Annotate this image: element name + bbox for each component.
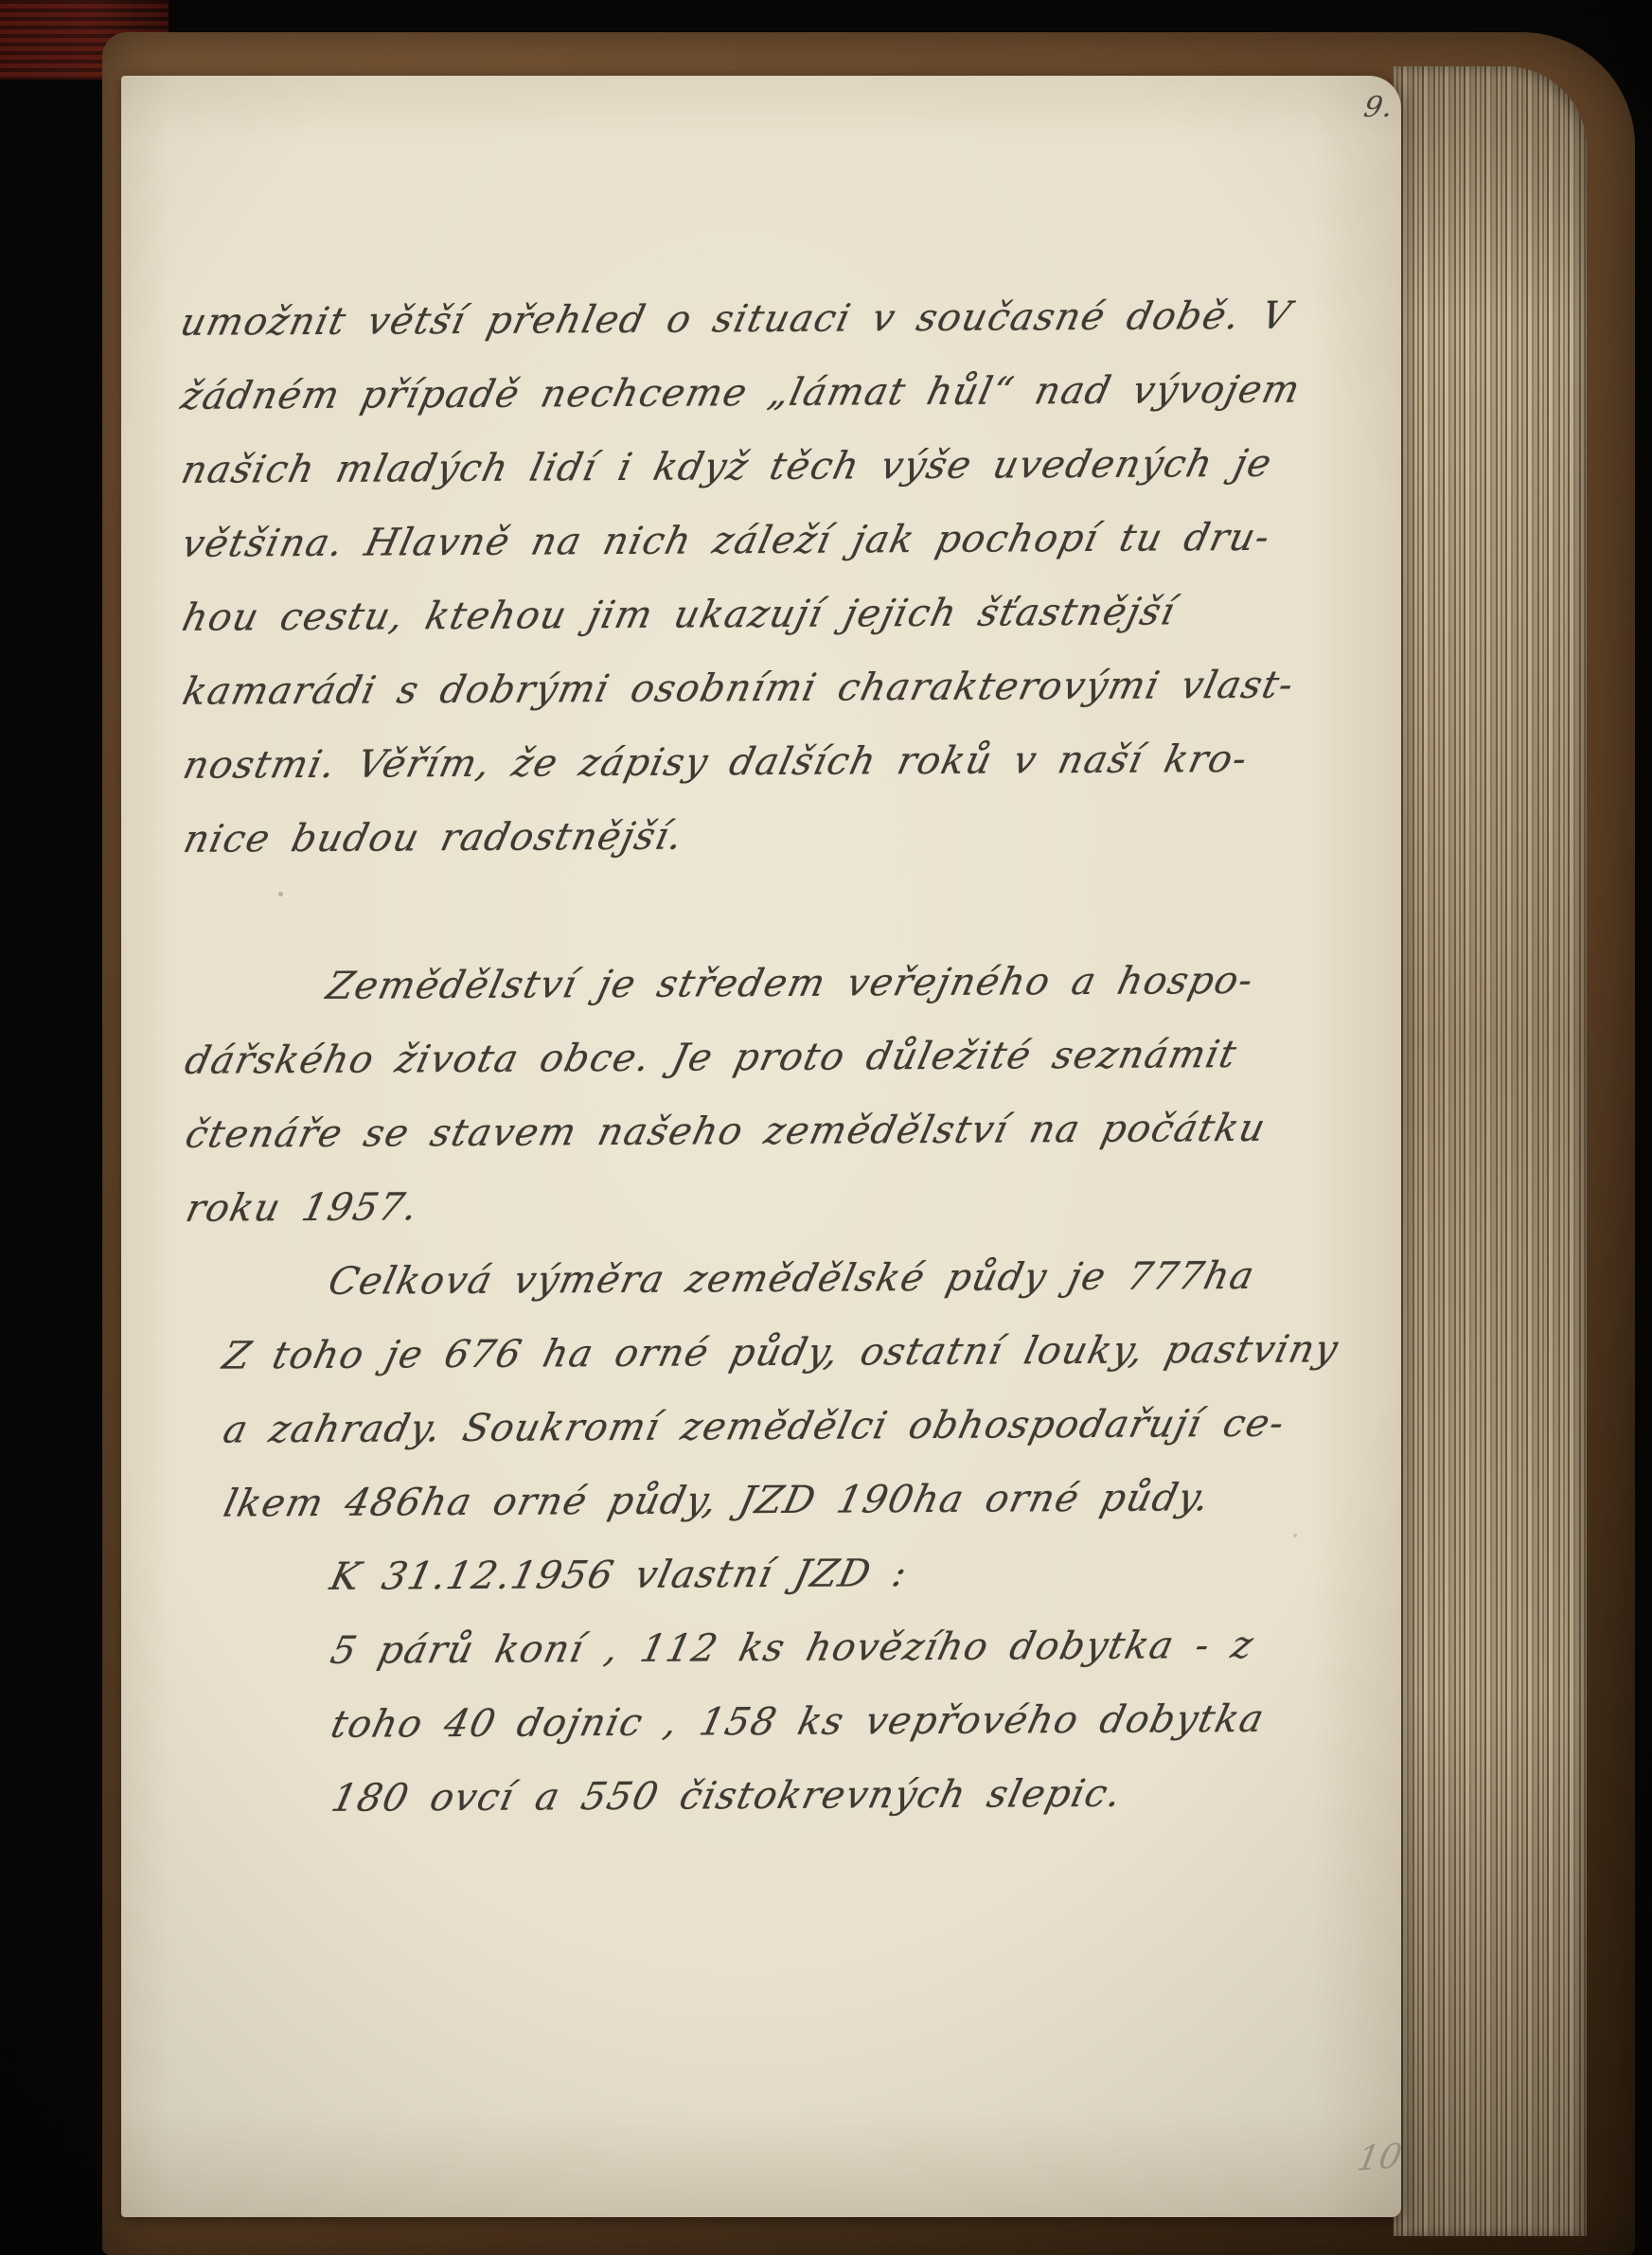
paragraph-1: umožnit větší přehled o situaci v součas…	[175, 278, 1372, 877]
text-line: Z toho je 676 ha orné půdy, ostatní louk…	[215, 1312, 1389, 1394]
text-line: roku 1957.	[179, 1164, 1389, 1246]
dust-speck	[1293, 1534, 1297, 1537]
text-line: Celková výměra zemědělské půdy je 777ha	[321, 1238, 1389, 1319]
text-line: nice budou radostnější.	[176, 795, 1386, 877]
text-line: Zemědělství je středem veřejného a hospo…	[319, 943, 1387, 1023]
paragraph-3: Celková výměra zemědělské půdy je 777ha …	[181, 1238, 1377, 1837]
text-line: kamarádi s dobrými osobními charakterový…	[175, 648, 1385, 729]
text-line: nostmi. Věřím, že zápisy dalších roků v …	[176, 721, 1386, 803]
page-number: 9.	[1361, 91, 1396, 124]
text-line: většina. Hlavně na nich záleží jak pocho…	[174, 500, 1384, 581]
page-fore-edge-stack	[1394, 66, 1587, 2236]
text-line: dářského života obce. Je proto důležité …	[178, 1017, 1388, 1098]
text-line: toho 40 dojnic , 158 ks vepřového dobytk…	[324, 1681, 1392, 1762]
handwritten-text: umožnit větší přehled o situaci v součas…	[175, 278, 1377, 1837]
text-line: umožnit větší přehled o situaci v součas…	[173, 278, 1383, 360]
text-line: 180 ovcí a 550 čistokrevných slepic.	[324, 1755, 1392, 1836]
dust-speck	[278, 892, 283, 897]
text-line: a zahrady. Soukromí zemědělci obhospodař…	[216, 1386, 1390, 1467]
corner-page-mark: 10	[1354, 2137, 1405, 2178]
text-line: čtenáře se stavem našeho zemědělství na …	[178, 1091, 1388, 1172]
paragraph-2: Zemědělství je středem veřejného a hospo…	[179, 943, 1374, 1246]
text-line: lkem 486ha orné půdy, JZD 190ha orné půd…	[216, 1460, 1390, 1541]
text-line: našich mladých lidí i když těch výše uve…	[174, 426, 1384, 507]
text-line: žádném případě nechceme „lámat hůl“ nad …	[173, 352, 1383, 434]
text-line: 5 párů koní , 112 ks hovězího dobytka - …	[323, 1607, 1391, 1688]
chronicle-page: 9. umožnit větší přehled o situaci v sou…	[121, 76, 1401, 2217]
text-line: hou cestu, ktehou jim ukazují jejich šťa…	[175, 574, 1385, 655]
text-line: K 31.12.1956 vlastní JZD :	[323, 1534, 1391, 1614]
